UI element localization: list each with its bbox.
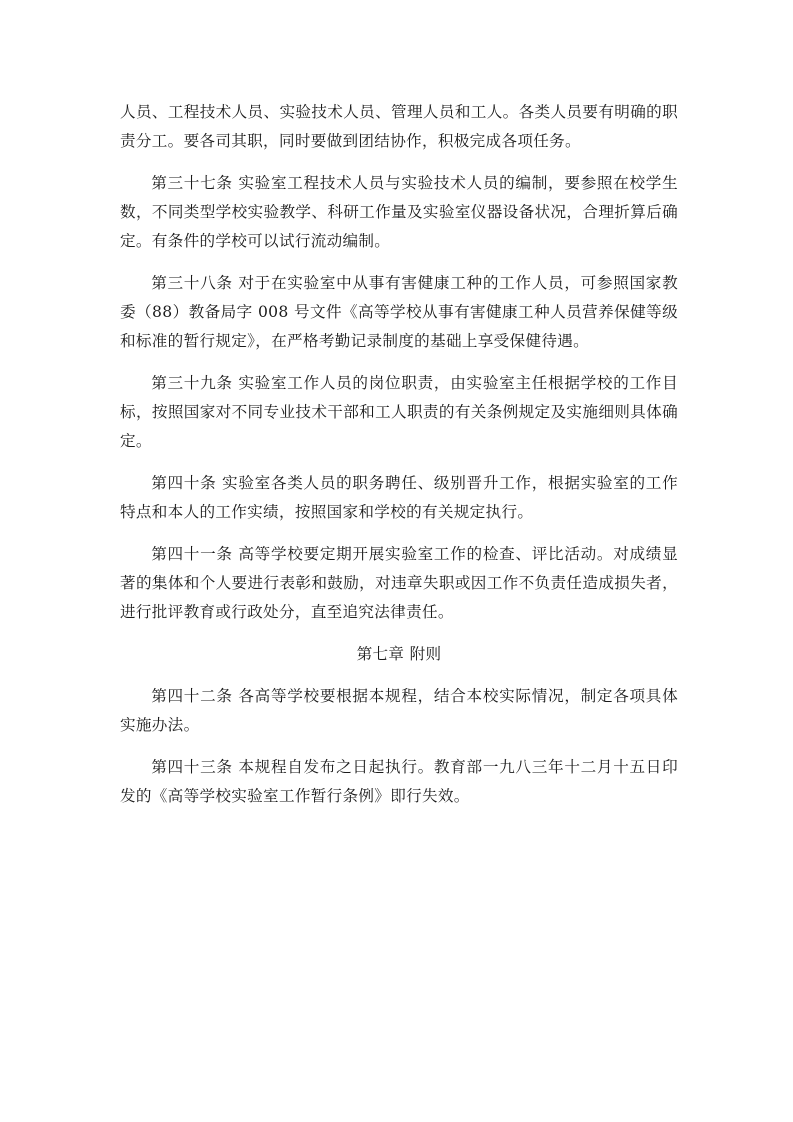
article-41: 第四十一条 高等学校要定期开展实验室工作的检查、评比活动。对成绩显著的集体和个人… — [120, 540, 678, 627]
article-37: 第三十七条 实验室工程技术人员与实验技术人员的编制，要参照在校学生数，不同类型学… — [120, 169, 678, 256]
chapter-heading: 第七章 附则 — [120, 640, 678, 669]
article-43: 第四十三条 本规程自发布之日起执行。教育部一九八三年十二月十五日印发的《高等学校… — [120, 753, 678, 811]
article-39: 第三十九条 实验室工作人员的岗位职责，由实验室主任根据学校的工作目标，按照国家对… — [120, 369, 678, 456]
document-page: 人员、工程技术人员、实验技术人员、管理人员和工人。各类人员要有明确的职责分工。要… — [120, 98, 678, 824]
article-40: 第四十条 实验室各类人员的职务聘任、级别晋升工作，根据实验室的工作特点和本人的工… — [120, 469, 678, 527]
article-38: 第三十八条 对于在实验室中从事有害健康工种的工作人员，可参照国家教委（88）教备… — [120, 269, 678, 356]
paragraph-continuation: 人员、工程技术人员、实验技术人员、管理人员和工人。各类人员要有明确的职责分工。要… — [120, 98, 678, 156]
article-42: 第四十二条 各高等学校要根据本规程，结合本校实际情况，制定各项具体实施办法。 — [120, 682, 678, 740]
